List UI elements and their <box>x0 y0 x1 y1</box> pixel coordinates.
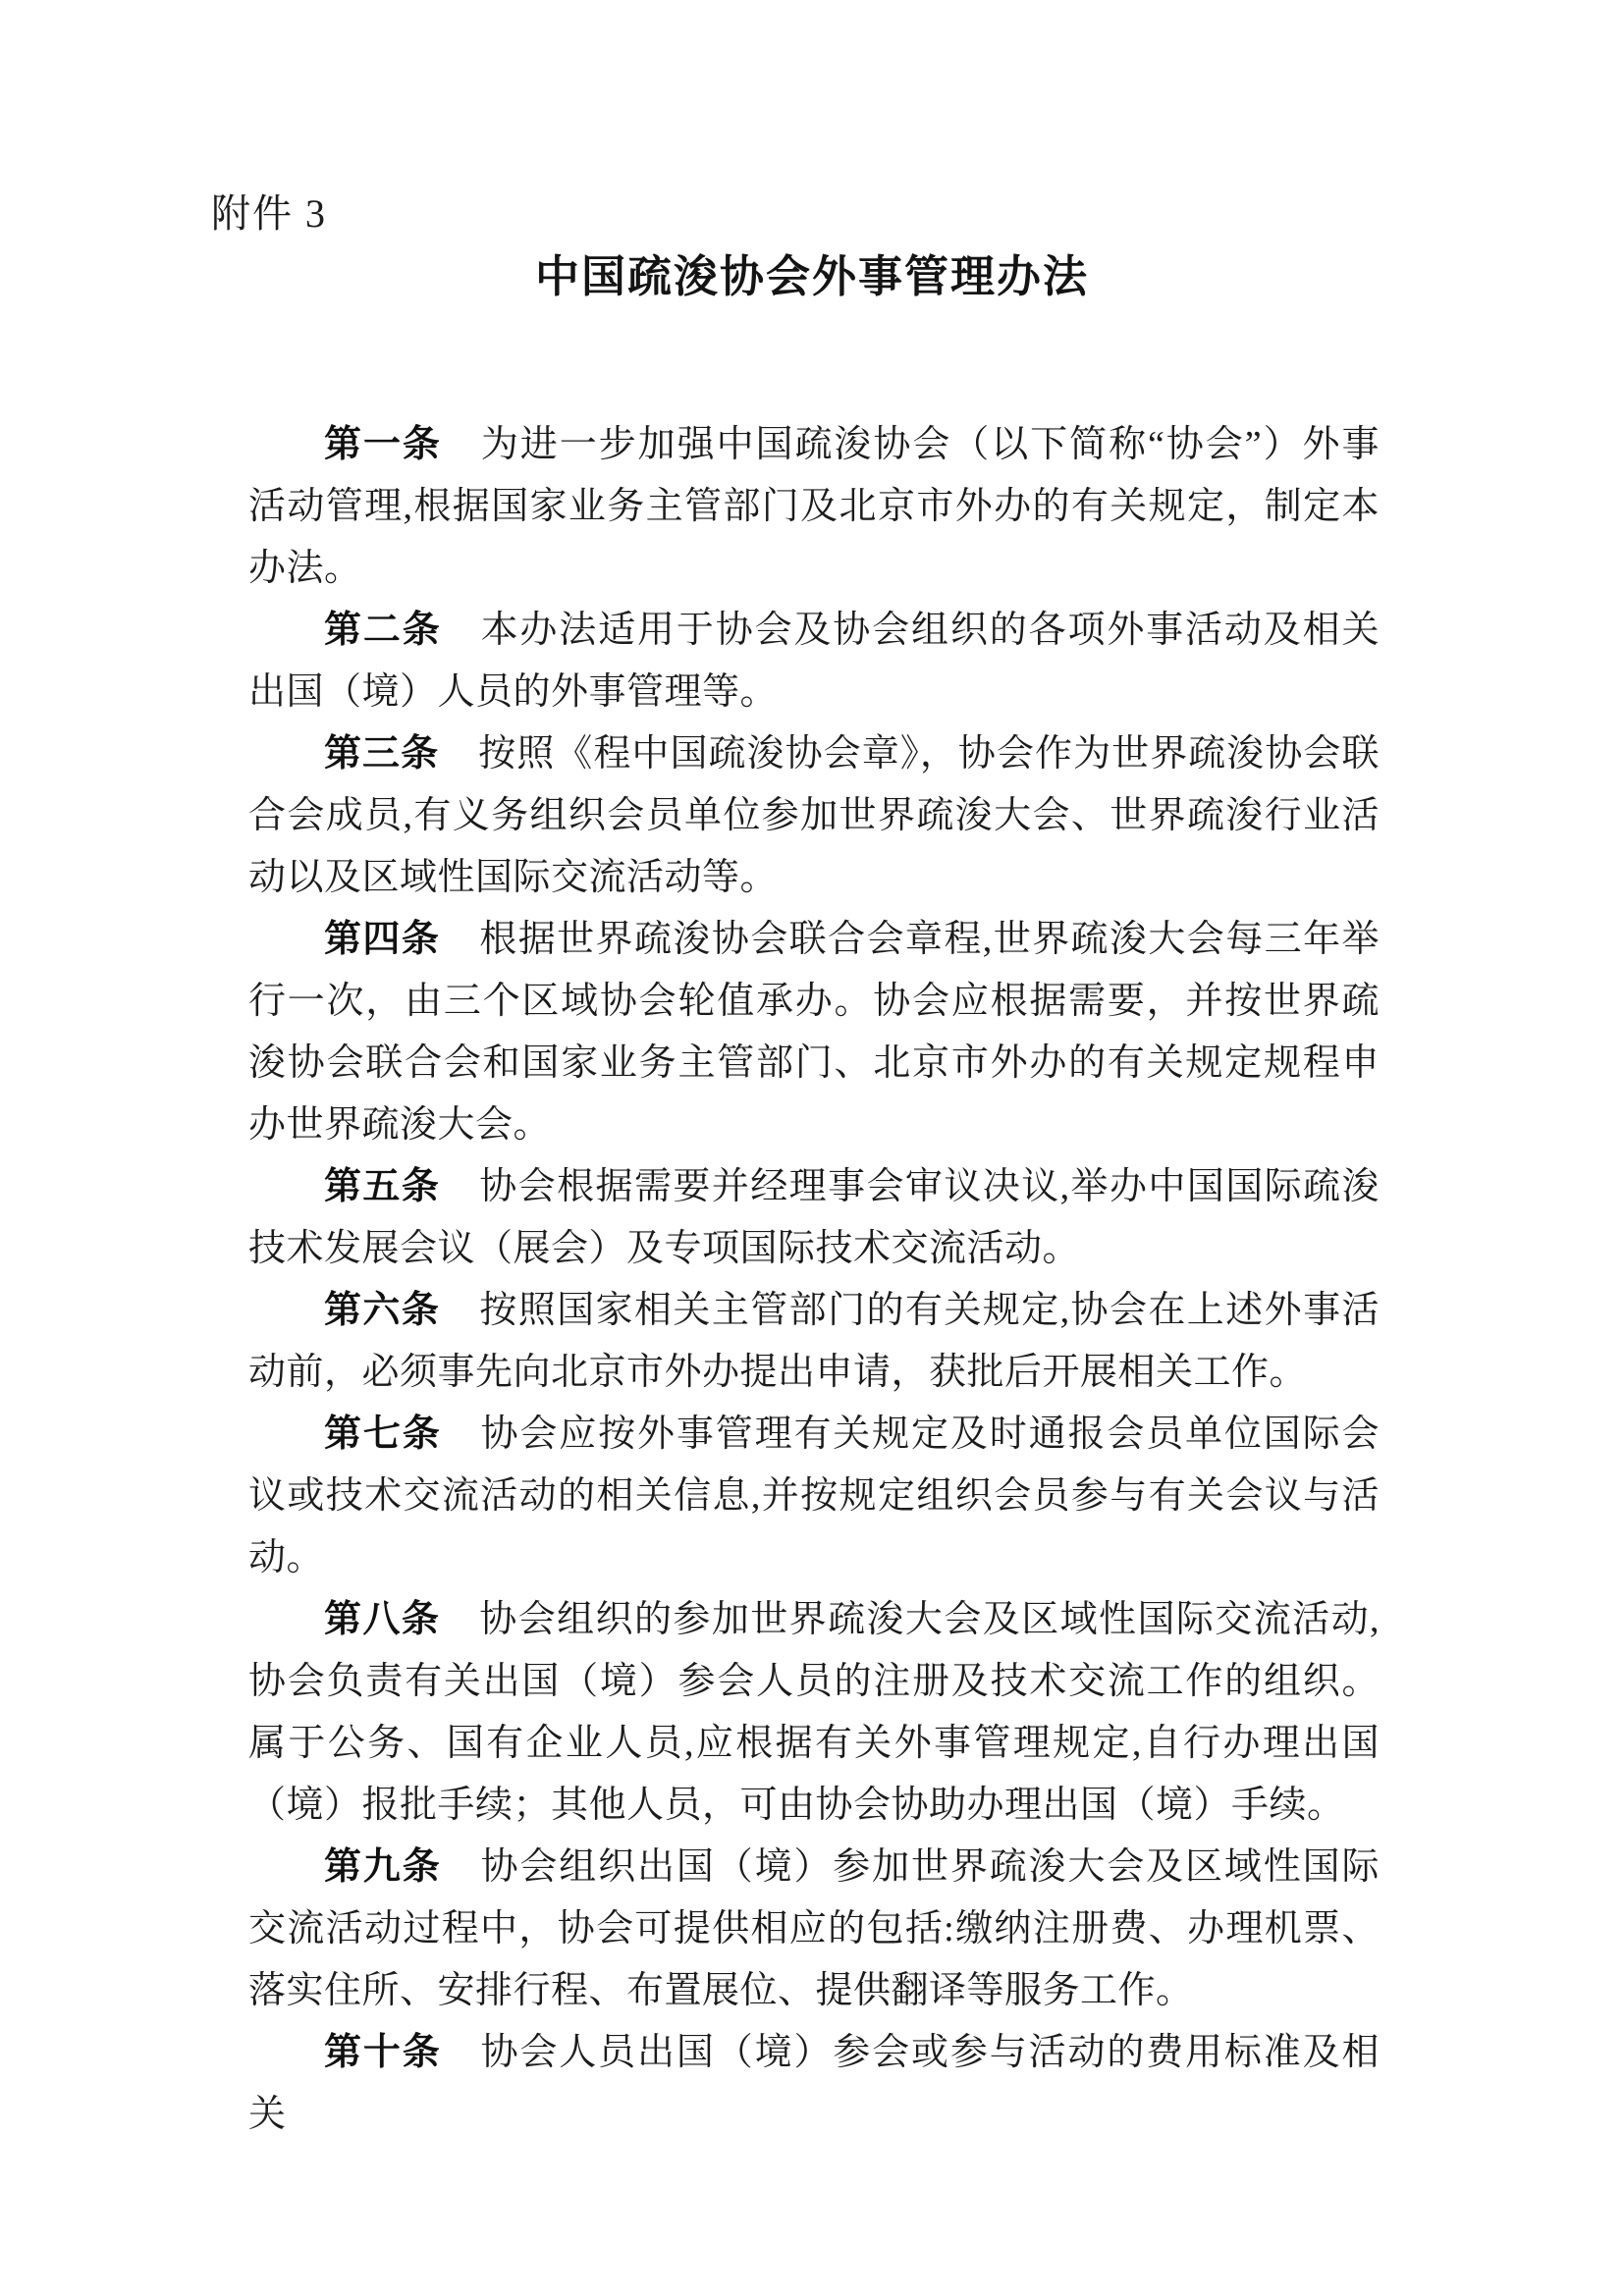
article-paragraph: 第十条协会人员出国（境）参会或参与活动的费用标准及相关 <box>248 2022 1380 2146</box>
article-paragraph: 第一条为进一步加强中国疏浚协会（以下简称“协会”）外事活动管理,根据国家业务主管… <box>248 414 1380 600</box>
document-body: 第一条为进一步加强中国疏浚协会（以下简称“协会”）外事活动管理,根据国家业务主管… <box>248 414 1380 2146</box>
article-paragraph: 第七条协会应按外事管理有关规定及时通报会员单位国际会议或技术交流活动的相关信息,… <box>248 1404 1380 1589</box>
article-number: 第二条 <box>324 610 442 651</box>
article-number: 第九条 <box>324 1846 442 1888</box>
article-paragraph: 第四条根据世界疏浚协会联合会章程,世界疏浚大会每三年举行一次，由三个区域协会轮值… <box>248 909 1380 1156</box>
article-paragraph: 第六条按照国家相关主管部门的有关规定,协会在上述外事活动前，必须事先向北京市外办… <box>248 1280 1380 1404</box>
article-paragraph: 第八条协会组织的参加世界疏浚大会及区域性国际交流活动,协会负责有关出国（境）参会… <box>248 1589 1380 1837</box>
article-number: 第七条 <box>324 1414 442 1455</box>
attachment-label: 附件 3 <box>211 190 327 238</box>
article-paragraph: 第二条本办法适用于协会及协会组织的各项外事活动及相关出国（境）人员的外事管理等。 <box>248 600 1380 723</box>
document-page: 附件 3 中国疏浚协会外事管理办法 第一条为进一步加强中国疏浚协会（以下简称“协… <box>0 0 1624 2296</box>
article-number: 第四条 <box>324 919 440 960</box>
article-number: 第六条 <box>324 1290 440 1331</box>
article-number: 第三条 <box>324 733 439 774</box>
page-title: 中国疏浚协会外事管理办法 <box>0 249 1624 304</box>
article-number: 第八条 <box>324 1599 440 1640</box>
article-paragraph: 第九条协会组织出国（境）参加世界疏浚大会及区域性国际交流活动过程中，协会可提供相… <box>248 1837 1380 2022</box>
article-paragraph: 第三条按照《程中国疏浚协会章》，协会作为世界疏浚协会联合会成员,有义务组织会员单… <box>248 723 1380 909</box>
article-paragraph: 第五条协会根据需要并经理事会审议决议,举办中国国际疏浚技术发展会议（展会）及专项… <box>248 1156 1380 1280</box>
article-number: 第五条 <box>324 1166 440 1207</box>
article-number: 第一条 <box>324 424 442 465</box>
article-number: 第十条 <box>324 2032 442 2073</box>
